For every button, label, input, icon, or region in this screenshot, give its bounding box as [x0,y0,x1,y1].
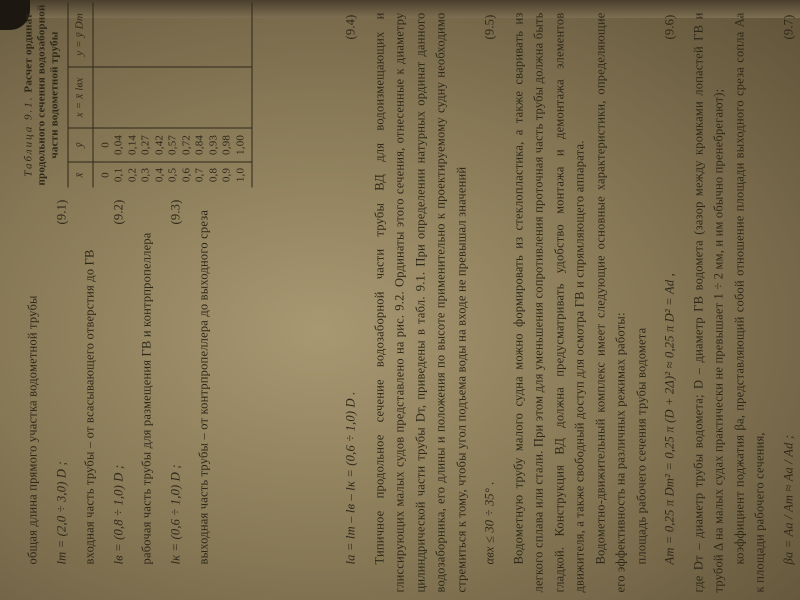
table-cell [140,3,154,67]
table-cell [194,3,208,67]
table-cell: 0,7 [194,162,208,188]
table-row: 0,60,72 [180,3,194,188]
table-cell: 0,57 [167,128,181,162]
table-cell: 0,3 [140,162,154,188]
table-row: 0,50,57 [167,3,181,188]
table-cell: 1,0 [234,162,252,188]
table-cell [113,67,127,128]
table-cell: 0,72 [180,128,194,162]
table-cell [153,3,167,67]
table-cell [234,3,252,67]
table-caption-label: Таблица 9.1. [23,96,35,177]
table-cell [153,67,167,128]
table-cell [234,67,252,128]
table-cell [113,3,127,67]
table-cell [126,3,140,67]
table-cell [207,67,221,128]
table-cell: 0,84 [194,128,208,162]
table-row: 0,40,42 [153,3,167,188]
table-cell: 0,9 [221,162,235,188]
table-cell [93,67,113,128]
table-cell [126,67,140,128]
table-cell [140,67,154,128]
main-text-column: общая длина прямого участка водометной т… [11,198,786,593]
table-cell [194,67,208,128]
table-cell: 0,1 [113,162,127,188]
paragraph: общая длина прямого участка водометной т… [23,198,44,593]
ordinates-table: x̄ ȳ x = x̄ lвх y = ȳ Dт 000,10,040,20,1… [68,3,253,188]
table-cell [93,3,113,67]
table-cell: 0,5 [167,162,181,188]
table-cell: 0 [93,128,113,162]
book-page: общая длина прямого участка водометной т… [11,3,786,593]
equation-9-3: lк = (0,6 ÷ 1,0) D ; (9.3) [165,198,186,593]
table-header: ȳ [68,128,93,162]
table-caption: Таблица 9.1. Расчет ординат продольного … [23,3,62,188]
table-cell [167,3,181,67]
table-row: 0,30,27 [140,3,154,188]
equation-formula: lв = (0,8 ÷ 1,0) D ; [108,465,129,593]
equation-number: (9.1) [51,198,72,225]
paragraph: входная часть трубы – от всасывающего от… [80,198,101,593]
equation-number: (9.3) [165,198,186,225]
table-cell [221,3,235,67]
table-cell: 0,4 [153,162,167,188]
table-cell: 0,27 [140,128,154,162]
table-cell: 0,14 [126,128,140,162]
table-body: 000,10,040,20,140,30,270,40,420,50,570,6… [93,3,253,188]
table-cell: 0,42 [153,128,167,162]
table-cell: 0,93 [207,128,221,162]
table-row: 0,20,14 [126,3,140,188]
table-cell: 0,2 [126,162,140,188]
table-cell: 1,00 [234,128,252,162]
equation-number: (9.2) [108,198,129,225]
table-column: Таблица 9.1. Расчет ординат продольного … [11,3,786,198]
table-header: x = x̄ lвх [68,67,93,128]
paragraph: выходная часть трубы – от контрпропеллер… [194,198,215,593]
table-row: 0,70,84 [194,3,208,188]
table-row: 1,01,00 [234,3,252,188]
table-cell [180,3,194,67]
table-row: 00 [93,3,113,188]
table-cell: 0,6 [180,162,194,188]
table-header: y = ȳ Dт [68,3,93,67]
equation-9-1: lт = (2,0 ÷ 3,0) D ; (9.1) [51,198,72,593]
table-cell [180,67,194,128]
equation-formula: lт = (2,0 ÷ 3,0) D ; [51,461,72,592]
equation-9-2: lв = (0,8 ÷ 1,0) D ; (9.2) [108,198,129,593]
table-cell: 0,8 [207,162,221,188]
equation-formula: lк = (0,6 ÷ 1,0) D ; [165,464,186,592]
paragraph: рабочая часть трубы для размещения ГВ и … [137,198,158,593]
table-row: 0,80,93 [207,3,221,188]
table-cell: 0 [93,162,113,188]
table-cell: 0,98 [221,128,235,162]
table-cell [207,3,221,67]
table-row: 0,10,04 [113,3,127,188]
table-row: 0,90,98 [221,3,235,188]
table-cell: 0,04 [113,128,127,162]
table-cell [167,67,181,128]
table-cell [221,67,235,128]
table-header: x̄ [68,162,93,188]
